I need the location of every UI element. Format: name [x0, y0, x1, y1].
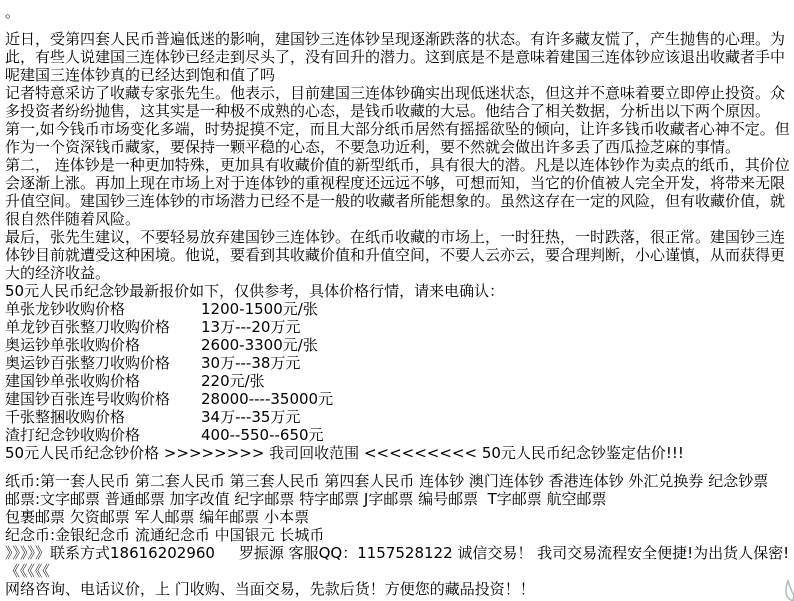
- price-row-label: 单龙钞百张整刀收购价格: [5, 318, 201, 336]
- price-row-label: 奥运钞百张整刀收购价格: [5, 354, 201, 372]
- price-list-section: 50元人民币纪念钞最新报价如下，仅供参考，具体价格行情，请来电确认： 单张龙钞收…: [5, 282, 792, 462]
- article-paragraph-reason-1: 第一,如今钱币市场变化多端，时势捉摸不定，而且大部分纸币居然有摇摇欲坠的倾向，让…: [5, 120, 792, 156]
- price-row-label: 渣打纪念钞收购价格: [5, 426, 201, 444]
- price-row-thousand-bale: 千张整捆收购价格 34万---35万元: [5, 408, 792, 426]
- price-row-olympic-bundle: 奥运钞百张整刀收购价格 30万---38万元: [5, 354, 792, 372]
- article-paragraph-expert: 记者特意采访了收藏专家张先生。他表示，目前建国三连体钞确实出现低迷状态，但这并不…: [5, 84, 792, 120]
- price-row-label: 建国钞单张收购价格: [5, 372, 201, 390]
- price-row-value: 30万---38万元: [201, 354, 792, 372]
- price-row-value: 220元/张: [201, 372, 792, 390]
- price-row-dragon-bundle: 单龙钞百张整刀收购价格 13万---20万元: [5, 318, 792, 336]
- catalog-line-stamps-2: 包裹邮票 欠资邮票 军人邮票 编年邮票 小本票: [5, 508, 792, 526]
- price-row-jianguo-serial: 建国钞百张连号收购价格 28000----35000元: [5, 390, 792, 408]
- price-row-value: 400--550--650元: [201, 426, 792, 444]
- price-row-olympic-single: 奥运钞单张收购价格 2600-3300元/张: [5, 336, 792, 354]
- price-row-standard-chartered: 渣打纪念钞收购价格 400--550--650元: [5, 426, 792, 444]
- recycle-scope-banner: 50元人民币纪念钞价格 >>>>>>>> 我司回收范围 <<<<<<<<< 50…: [5, 444, 792, 462]
- price-row-dragon-single: 单张龙钞收购价格 1200-1500元/张: [5, 300, 792, 318]
- article-paragraph-intro: 近日，受第四套人民币普遍低迷的影响，建国钞三连体钞呈现逐渐跌落的状态。有许多藏友…: [5, 30, 792, 84]
- article-paragraph-reason-2: 第二， 连体钞是一种更加特殊，更加具有收藏价值的新型纸币，具有很大的潜。凡是以连…: [5, 156, 792, 228]
- price-row-value: 34万---35万元: [201, 408, 792, 426]
- contact-info-line: 》》》》》联系方式18616202960 罗振源 客服QQ：1157528122…: [5, 544, 792, 580]
- article-page: 。 近日，受第四套人民币普遍低迷的影响，建国钞三连体钞呈现逐渐跌落的状态。有许多…: [0, 0, 794, 598]
- price-row-label: 建国钞百张连号收购价格: [5, 390, 201, 408]
- footer-service-line: 网络咨询、电话议价，上 门收购、当面交易，先款后货！方便您的藏品投资！！: [5, 580, 792, 598]
- price-row-label: 奥运钞单张收购价格: [5, 336, 201, 354]
- article-paragraph-conclusion: 最后，张先生建议，不要轻易放弃建国钞三连体钞。在纸币收藏的市场上，一时狂热，一时…: [5, 228, 792, 282]
- price-row-value: 1200-1500元/张: [201, 300, 792, 318]
- price-row-jianguo-single: 建国钞单张收购价格 220元/张: [5, 372, 792, 390]
- top-punctuation-mark: 。: [5, 3, 792, 21]
- price-row-value: 28000----35000元: [201, 390, 792, 408]
- price-row-label: 千张整捆收购价格: [5, 408, 201, 426]
- catalog-section: 纸币:第一套人民币 第二套人民币 第三套人民币 第四套人民币 连体钞 澳门连体钞…: [5, 472, 792, 544]
- catalog-line-banknotes: 纸币:第一套人民币 第二套人民币 第三套人民币 第四套人民币 连体钞 澳门连体钞…: [5, 472, 792, 490]
- price-list-title: 50元人民币纪念钞最新报价如下，仅供参考，具体价格行情，请来电确认：: [5, 282, 792, 300]
- catalog-line-stamps: 邮票:文字邮票 普通邮票 加字改值 纪字邮票 特字邮票 J字邮票 编号邮票 T字…: [5, 490, 792, 508]
- price-row-value: 13万---20万元: [201, 318, 792, 336]
- price-row-label: 单张龙钞收购价格: [5, 300, 201, 318]
- article-body: 近日，受第四套人民币普遍低迷的影响，建国钞三连体钞呈现逐渐跌落的状态。有许多藏友…: [5, 30, 792, 282]
- price-row-value: 2600-3300元/张: [201, 336, 792, 354]
- catalog-line-coins: 纪念币:金银纪念币 流通纪念币 中国银元 长城币: [5, 526, 792, 544]
